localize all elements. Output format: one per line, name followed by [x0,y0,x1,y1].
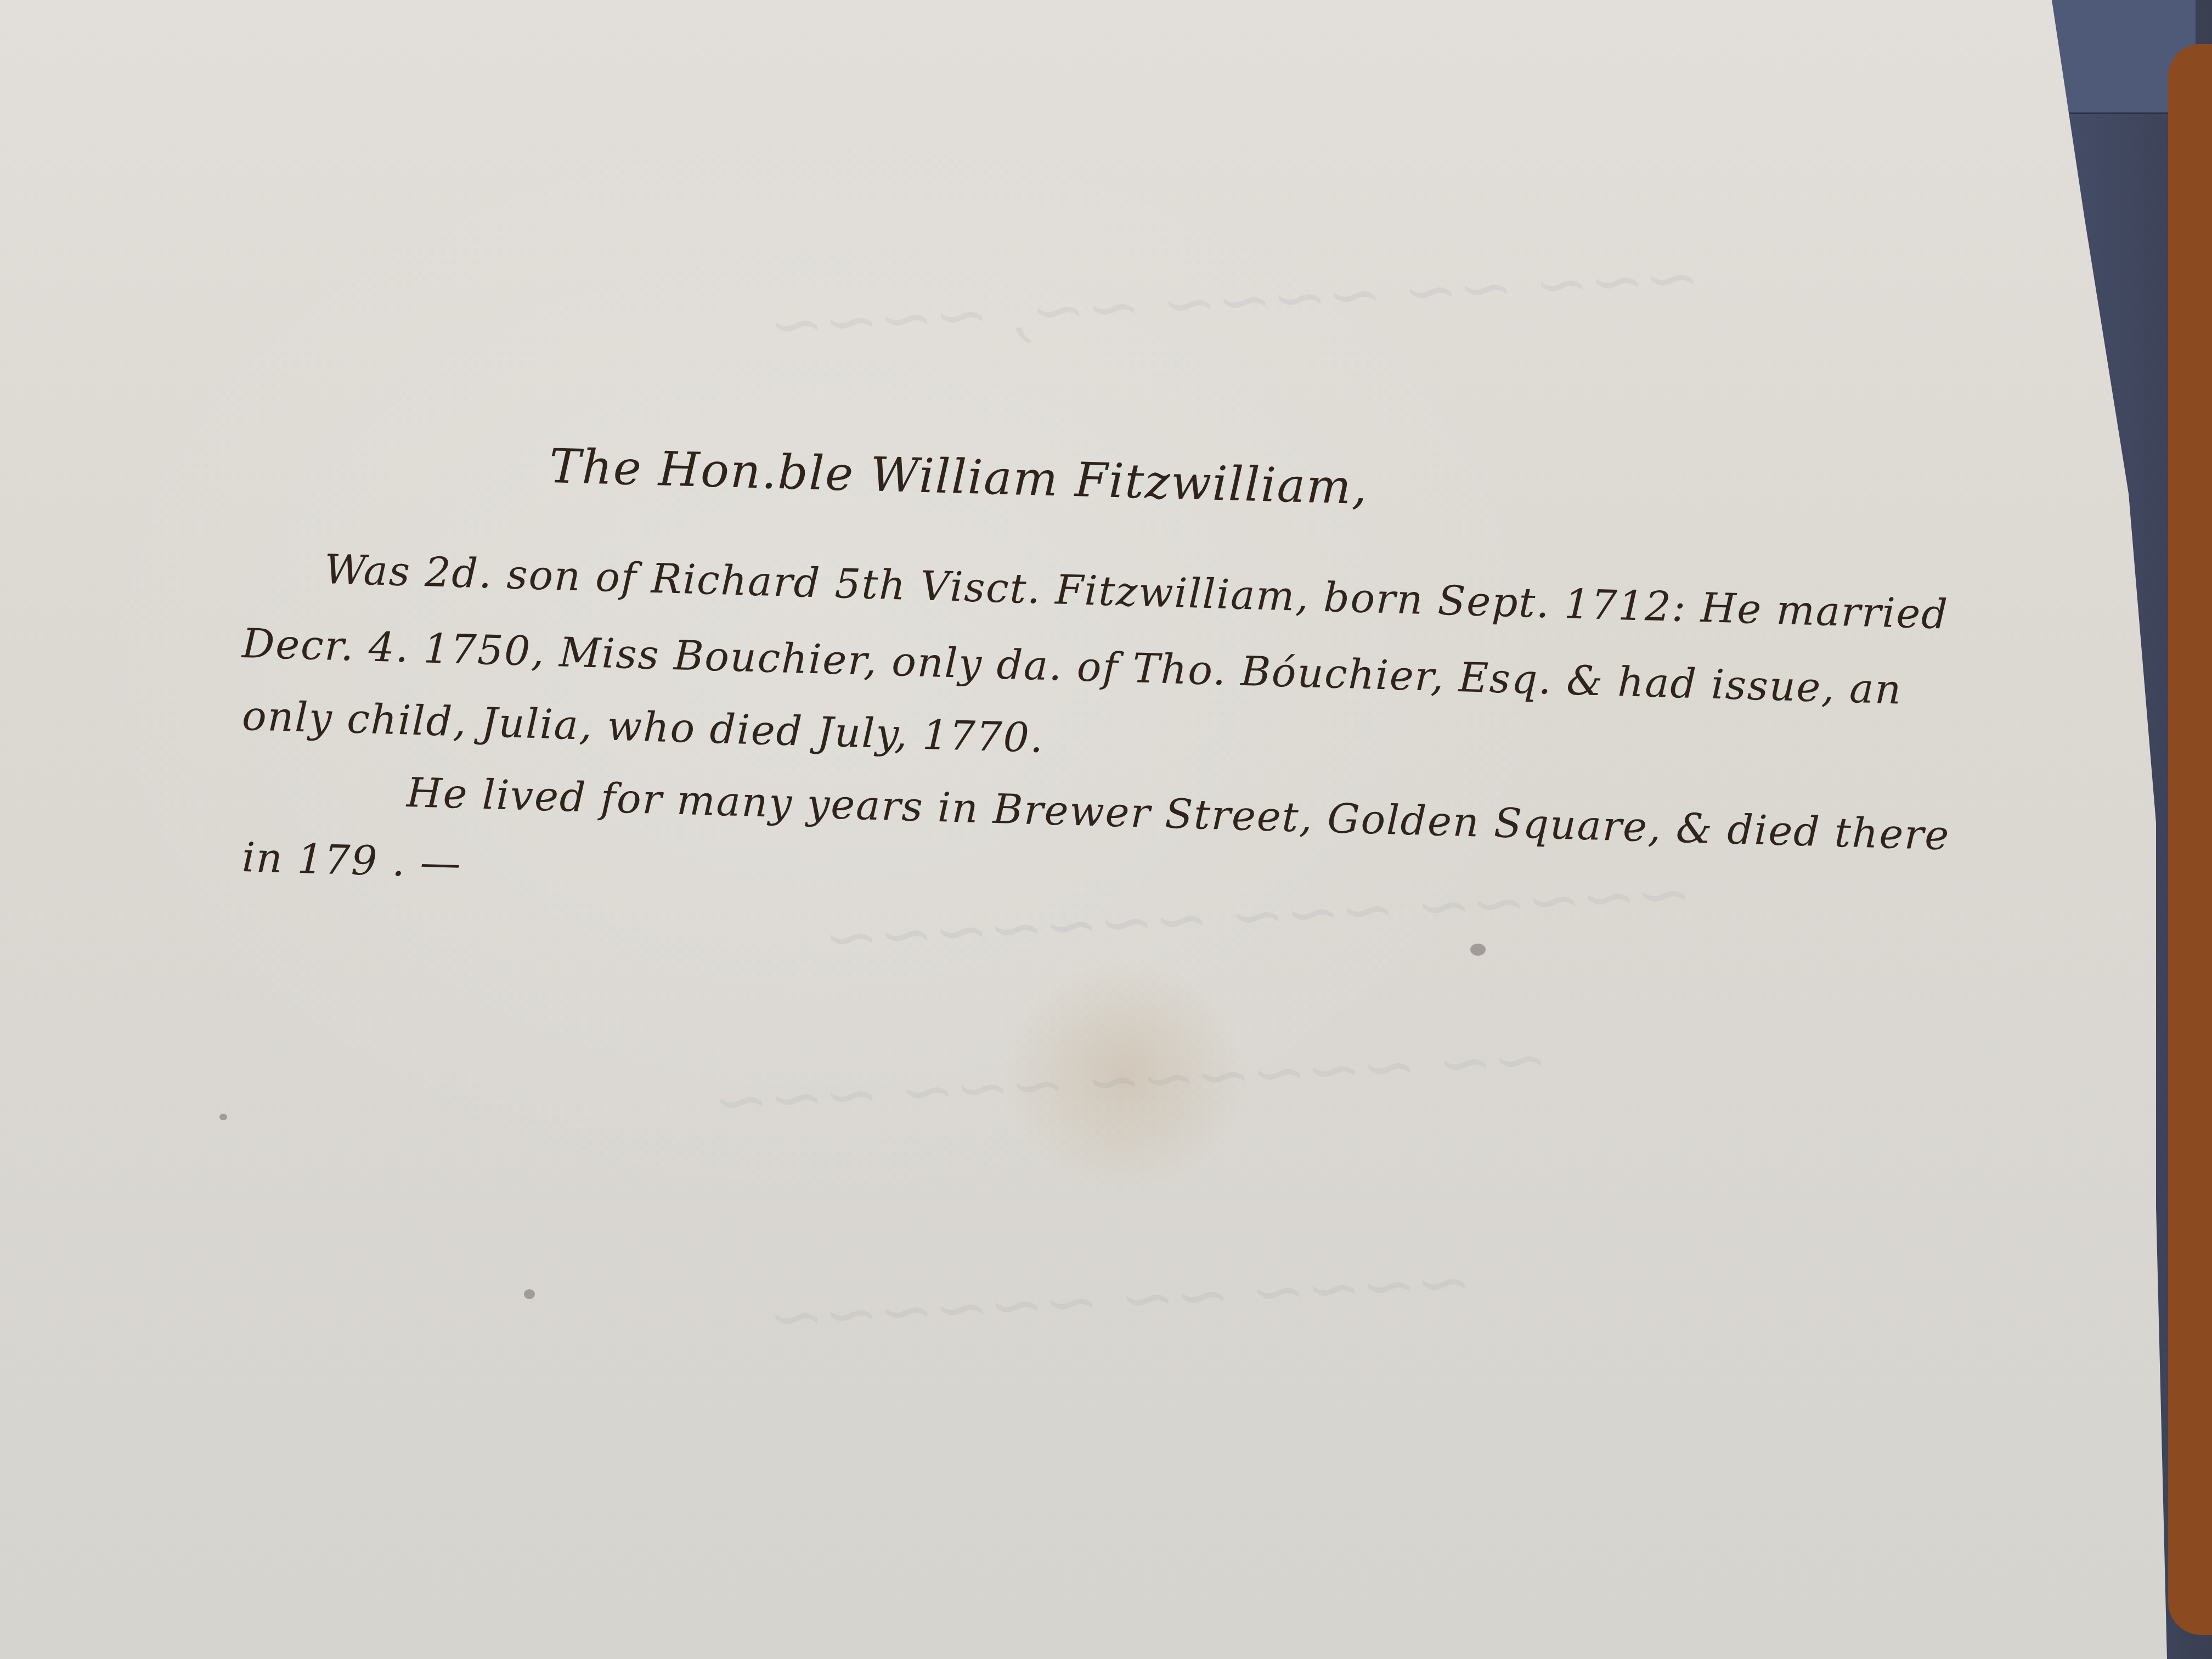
paper-spot [1470,944,1486,956]
bleed-through-text: ~~~ ~~ ~~~~ ~~, ~~~~ [767,239,1702,364]
photo-scene: ~~~ ~~ ~~~~ ~~, ~~~~ ~~~~~ ~~~ ~~~~~~~ ~… [0,0,2212,1659]
text-line: Was 2d. son of Richard 5th Visct. Fitzwi… [324,546,1949,639]
paper-spot [524,1289,535,1299]
bleed-through-text: ~~~~ ~~ ~~~~~~ [766,1244,1473,1357]
title-text: The Hon.ble William Fitzwilliam, [549,439,1369,515]
text-line: in 179 . — [241,834,462,887]
bleed-through-text: ~~~~~ ~~~ ~~~~~~~ [821,855,1694,977]
leather-cover [2168,44,2212,1635]
page-title: The Hon.ble William Fitzwilliam, [549,439,1369,515]
manuscript-page: ~~~ ~~ ~~~~ ~~, ~~~~ ~~~~~ ~~~ ~~~~~~~ ~… [0,0,2167,1659]
text-line: He lived for many years in Brewer Street… [406,769,1950,860]
text-line: only child, Julia, who died July, 1770. [241,692,1045,762]
paper-spot [219,1114,227,1120]
bleed-through-text: ~~ ~~~~~~ ~~~ ~~~ [712,1020,1549,1140]
